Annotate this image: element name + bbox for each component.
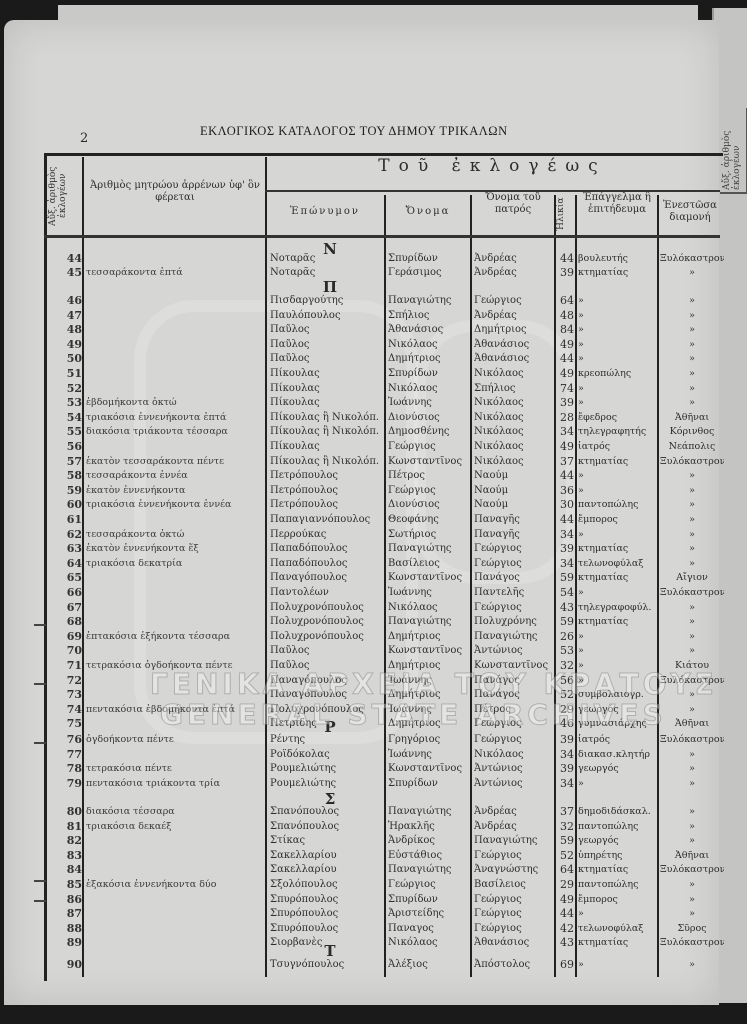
cell-sur: Παναγόπουλος (270, 571, 385, 585)
table-row: 63ἑκατὸν ἐννενήκοντα ἕξΠαπαδόπουλοςΠαναγ… (0, 542, 720, 556)
adjacent-page-header: Αὔξ. ἀριθμὸς ἐκλογέων (720, 108, 747, 194)
cell-name: Γεώργιος (388, 484, 470, 498)
cell-age: 42 (556, 922, 574, 936)
header-residence: Ἐνεστῶσα διαμονή (660, 200, 720, 224)
cell-father: Γεώργιος (474, 922, 556, 936)
header-bottom-rule (44, 235, 720, 238)
table-row: 82ΣτίκαςἈνδρίκοςΠαναγιώτης59γεωργός» (0, 834, 720, 848)
cell-job: δημοδιδάσκαλ. (578, 805, 658, 819)
cell-res: » (660, 323, 724, 337)
table-row: 80διακόσια τέσσαραΣπανόπουλοςΠαναγιώτηςἈ… (0, 805, 720, 819)
cell-job: » (578, 907, 658, 921)
cell-res: » (660, 777, 724, 791)
cell-age: 37 (556, 805, 574, 819)
cell-res: » (660, 294, 724, 308)
cell-name: Πέτρος (388, 469, 470, 483)
cell-num: 82 (58, 834, 82, 848)
cell-res: » (660, 907, 724, 921)
cell-father: Νικόλαος (474, 440, 556, 454)
cell-num: 54 (58, 411, 82, 425)
cell-sur: Πετρόπουλος (270, 498, 385, 512)
cell-job: » (578, 323, 658, 337)
cell-res: Ξυλόκαστρον (660, 586, 724, 600)
cell-father: Νικόλαος (474, 748, 556, 762)
cell-res: » (660, 958, 724, 972)
cell-sur: Παπαδόπουλος (270, 557, 385, 571)
cell-name: Κωνσταντῖνος (388, 571, 470, 585)
cell-father: Γεώργιος (474, 601, 556, 615)
cell-sur: Πίκουλας (270, 396, 385, 410)
cell-num: 46 (58, 294, 82, 308)
cell-reg: τριακόσια δεκαέξ (86, 820, 264, 834)
cell-sur: Παῦλος (270, 659, 385, 673)
cell-sur: Πίκουλας (270, 367, 385, 381)
cell-res: Ξυλόκαστρον (660, 455, 724, 469)
cell-father: Γεώργιος (474, 893, 556, 907)
table-row: 71τετρακόσια ὀγδοήκοντα πέντεΠαῦλοςΔημήτ… (0, 659, 720, 673)
cell-job: » (578, 644, 658, 658)
cell-age: 64 (556, 863, 574, 877)
cell-reg: ἑκατὸν ἐννενήκοντα (86, 484, 264, 498)
table-row: 88ΣπυρόπουλοςΠαναγοςΓεώργιος42τελωνοφύλα… (0, 922, 720, 936)
cell-res: » (660, 513, 724, 527)
cell-name: Ἰωάννης (388, 748, 470, 762)
cell-name: Δημήτριος (388, 659, 470, 673)
cell-father: Νικόλαος (474, 367, 556, 381)
cell-num: 71 (58, 659, 82, 673)
cell-name: Παναγος (388, 922, 470, 936)
cell-sur: Πίκουλας (270, 440, 385, 454)
cell-res: Ἀθῆναι (660, 849, 724, 863)
cell-age: 43 (556, 601, 574, 615)
cell-job: παντοπώλης (578, 498, 658, 512)
cell-job: » (578, 630, 658, 644)
cell-num: 76 (58, 733, 82, 747)
cell-num: 64 (58, 557, 82, 571)
cell-num: 77 (58, 748, 82, 762)
cell-job: τηλεγραφητής (578, 425, 658, 439)
cell-job: » (578, 309, 658, 323)
cell-sur: Στίκας (270, 834, 385, 848)
cell-name: Θεοφάνης (388, 513, 470, 527)
cell-num: 75 (58, 717, 82, 731)
cell-job: παντοπώλης (578, 820, 658, 834)
table-row: 58τεσσαράκοντα ἐννέαΠετρόπουλοςΠέτροςΝαο… (0, 469, 720, 483)
cell-job: ἔφεδρος (578, 411, 658, 425)
cell-job: τελωνοφύλαξ (578, 922, 658, 936)
cell-father: Γεώργιος (474, 733, 556, 747)
cell-sur: Παῦλος (270, 338, 385, 352)
cell-job: γεωργός (578, 703, 658, 717)
cell-name: Δημήτριος (388, 630, 470, 644)
cell-job: » (578, 294, 658, 308)
cell-age: 36 (556, 484, 574, 498)
cell-sur: Ροϊδόκολας (270, 748, 385, 762)
cell-father: Ἀναγνώστης (474, 863, 556, 877)
table-row: 87ΣπυρόπουλοςἈριστείδηςΓεώργιος44»» (0, 907, 720, 921)
cell-num: 58 (58, 469, 82, 483)
cell-job: ἔμπορος (578, 893, 658, 907)
cell-sur: Σακελλαρίου (270, 849, 385, 863)
cell-name: Νικόλαος (388, 601, 470, 615)
cell-father: Ἀπόστολος (474, 958, 556, 972)
cell-name: Ἀριστείδης (388, 907, 470, 921)
cell-reg: τετρακόσια ὀγδοήκοντα πέντε (86, 659, 264, 673)
table-row: 65ΠαναγόπουλοςΚωνσταντῖνοςΠανάγος59κτημα… (0, 571, 720, 585)
cell-age: 30 (556, 498, 574, 512)
cell-num: 62 (58, 528, 82, 542)
cell-sur: Πολυχρονόπουλος (270, 630, 385, 644)
cell-res: » (660, 601, 724, 615)
cell-father: Παναγιώτης (474, 630, 556, 644)
cell-reg: τεσσαράκοντα ὀκτώ (86, 528, 264, 542)
cell-father: Ἀνδρέας (474, 309, 556, 323)
cell-age: 59 (556, 571, 574, 585)
cell-sur: Σπυρόπουλος (270, 922, 385, 936)
table-row: 73ΠαναγόπουλοςΔημήτριοςΠανάγος52συμβολαι… (0, 688, 720, 702)
cell-age: 32 (556, 820, 574, 834)
cell-age: 39 (556, 542, 574, 556)
table-row: 83ΣακελλαρίουΕὐστάθιοςΓεώργιος52ὑπηρέτης… (0, 849, 720, 863)
cell-job: ὑπηρέτης (578, 849, 658, 863)
cell-job: γεωργός (578, 762, 658, 776)
cell-name: Κωνσταντῖνος (388, 455, 470, 469)
cell-reg: τριακόσια δεκατρία (86, 557, 264, 571)
margin-mark (34, 900, 46, 902)
cell-father: Δημήτριος (474, 323, 556, 337)
table-row: 51ΠίκουλαςΣπυρίδωνΝικόλαος49κρεοπώλης» (0, 367, 720, 381)
table-row: 57ἑκατὸν τεσσαράκοντα πέντεΠίκουλας ἢ Νι… (0, 455, 720, 469)
table-row: 86ΣπυρόπουλοςΣπυρίδωνΓεώργιος49ἔμπορος» (0, 893, 720, 907)
cell-age: 34 (556, 777, 574, 791)
header-age: Ἡλικία (556, 196, 574, 232)
cell-name: Παναγιώτης (388, 615, 470, 629)
cell-name: Ἡρακλῆς (388, 820, 470, 834)
cell-job: κτηματίας (578, 571, 658, 585)
cell-num: 65 (58, 571, 82, 585)
cell-num: 74 (58, 703, 82, 717)
cell-num: 90 (58, 958, 82, 972)
cell-age: 56 (556, 674, 574, 688)
table-row: 79πεντακόσια τριάκοντα τρίαΡουμελιώτηςΣπ… (0, 777, 720, 791)
cell-name: Δημήτριος (388, 717, 470, 731)
cell-age: 34 (556, 748, 574, 762)
cell-father: Ναούμ (474, 469, 556, 483)
cell-job: συμβολαιογρ. (578, 688, 658, 702)
cell-res: Ξυλόκαστρον (660, 863, 724, 877)
cell-job: ἔμπορος (578, 513, 658, 527)
cell-job: » (578, 674, 658, 688)
cell-job: » (578, 528, 658, 542)
cell-sur: Τσυγνόπουλος (270, 958, 385, 972)
table-row: 76ὀγδοήκοντα πέντεΡέντηςΓρηγόριοςΓεώργιο… (0, 733, 720, 747)
cell-age: 29 (556, 703, 574, 717)
cell-father: Γεώργιος (474, 542, 556, 556)
cell-name: Ἰωάννης (388, 703, 470, 717)
cell-age: 46 (556, 717, 574, 731)
margin-mark (34, 683, 46, 685)
cell-name: Ἀνδρίκος (388, 834, 470, 848)
cell-job: » (578, 777, 658, 791)
header-serial-number: Αὔξ. ἀριθμὸς ἐκλογέων (48, 160, 78, 232)
cell-job: » (578, 586, 658, 600)
cell-job: κτηματίας (578, 542, 658, 556)
cell-name: Διονύσιος (388, 498, 470, 512)
cell-num: 52 (58, 382, 82, 396)
cell-num: 47 (58, 309, 82, 323)
cell-age: 53 (556, 644, 574, 658)
cell-name: Παναγιώτης (388, 294, 470, 308)
cell-sur: Παῦλος (270, 323, 385, 337)
cell-father: Πολυχρόνης (474, 615, 556, 629)
cell-father: Νικόλαος (474, 396, 556, 410)
cell-job: κτηματίας (578, 455, 658, 469)
cell-father: Παντελῆς (474, 586, 556, 600)
cell-res: Ἀθῆναι (660, 717, 724, 731)
cell-father: Γεώργιος (474, 717, 556, 731)
cell-age: 29 (556, 878, 574, 892)
table-row: 55διακόσια τριάκοντα τέσσαραΠίκουλας ἢ Ν… (0, 425, 720, 439)
cell-sur: Πετρόπουλος (270, 484, 385, 498)
cell-sur: Πολυχρονόπουλος (270, 703, 385, 717)
cell-age: 48 (556, 309, 574, 323)
cell-age: 49 (556, 338, 574, 352)
cell-father: Πέτρος (474, 703, 556, 717)
cell-sur: Πίκουλας ἢ Νικολόπ. (270, 455, 385, 469)
cell-num: 61 (58, 513, 82, 527)
cell-job: κτηματίας (578, 615, 658, 629)
cell-name: Σπυρίδων (388, 367, 470, 381)
cell-father: Ναούμ (474, 498, 556, 512)
cell-age: 49 (556, 367, 574, 381)
cell-father: Παναγῆς (474, 528, 556, 542)
cell-reg: διακόσια τριάκοντα τέσσαρα (86, 425, 264, 439)
cell-father: Ἀθανάσιος (474, 338, 556, 352)
cell-name: Δημοσθένης (388, 425, 470, 439)
cell-sur: Πολυχρονόπουλος (270, 615, 385, 629)
cell-age: 59 (556, 834, 574, 848)
table-row: 54τριακόσια ἐννενήκοντα ἑπτάΠίκουλας ἢ Ν… (0, 411, 720, 425)
cell-name: Νικόλαος (388, 936, 470, 950)
cell-sur: Πετρόπουλος (270, 469, 385, 483)
cell-res: » (660, 615, 724, 629)
margin-mark (34, 880, 46, 882)
cell-father: Ἀνδρέας (474, 805, 556, 819)
cell-sur: Σπανόπουλος (270, 805, 385, 819)
table-row: 50ΠαῦλοςΔημήτριοςἈθανάσιος44»» (0, 352, 720, 366)
cell-num: 89 (58, 936, 82, 950)
cell-age: 34 (556, 425, 574, 439)
cell-res: Νεάπολις (660, 440, 724, 454)
cell-res: » (660, 557, 724, 571)
cell-num: 67 (58, 601, 82, 615)
cell-res: » (660, 542, 724, 556)
cell-num: 57 (58, 455, 82, 469)
cell-name: Σπυρίδων (388, 777, 470, 791)
table-row: 75ΠετρίδηςΔημήτριοςΓεώργιος46γυμνασιάρχη… (0, 717, 720, 731)
cell-sur: Σπυρόπουλος (270, 907, 385, 921)
header-registry-number: Ἀριθμὸς μητρώου ἀρρένων ὑφ' ὃν φέρεται (90, 180, 260, 204)
cell-res: Ἀθῆναι (660, 411, 724, 425)
cell-reg: διακόσια τέσσαρα (86, 805, 264, 819)
cell-num: 86 (58, 893, 82, 907)
cell-res: » (660, 309, 724, 323)
table-row: 77ΡοϊδόκολαςἸωάννηςΝικόλαος34διακασ.κλητ… (0, 748, 720, 762)
cell-job: τελωνοφύλαξ (578, 557, 658, 571)
cell-res: » (660, 805, 724, 819)
cell-name: Σπήλιος (388, 309, 470, 323)
cell-age: 39 (556, 396, 574, 410)
cell-reg: πεντακόσια ἑβδομήκοντα ἑπτά (86, 703, 264, 717)
cell-age: 49 (556, 440, 574, 454)
table-row: 64τριακόσια δεκατρίαΠαπαδόπουλοςΒασίλειο… (0, 557, 720, 571)
cell-sur: Παῦλος (270, 644, 385, 658)
cell-num: 81 (58, 820, 82, 834)
cell-name: Παναγιώτης (388, 805, 470, 819)
cell-name: Παναγιώτης (388, 542, 470, 556)
table-row: 46ΠισδαργούτηςΠαναγιώτηςΓεώργιος64»» (0, 294, 720, 308)
table-row: 52ΠίκουλαςΝικόλαοςΣπήλιος74»» (0, 382, 720, 396)
cell-num: 53 (58, 396, 82, 410)
cell-name: Δημήτριος (388, 352, 470, 366)
cell-sur: Πολυχρονόπουλος (270, 601, 385, 615)
cell-age: 64 (556, 294, 574, 308)
cell-res: » (660, 367, 724, 381)
table-row: 90ΤσυγνόπουλοςἈλέξιοςἈπόστολος69»» (0, 958, 720, 972)
cell-sur: Ρουμελιώτης (270, 777, 385, 791)
header-name: Ὄνομα (387, 206, 469, 218)
cell-num: 73 (58, 688, 82, 702)
cell-reg: πεντακόσια τριάκοντα τρία (86, 777, 264, 791)
cell-res: » (660, 396, 724, 410)
cell-sur: Παναγόπουλος (270, 674, 385, 688)
cell-name: Ἀλέξιος (388, 958, 470, 972)
cell-name: Ἀθανάσιος (388, 323, 470, 337)
cell-name: Γεώργιος (388, 878, 470, 892)
cell-job: » (578, 382, 658, 396)
table-row: 60τριακόσια ἐννενήκοντα ἐννέαΠετρόπουλος… (0, 498, 720, 512)
cell-res: » (660, 748, 724, 762)
cell-res: Ξυλόκαστρον (660, 674, 724, 688)
cell-name: Βασίλειος (388, 557, 470, 571)
cell-father: Κωνσταντῖνος (474, 659, 556, 673)
table-row: 48ΠαῦλοςἈθανάσιοςΔημήτριος84»» (0, 323, 720, 337)
cell-name: Εὐστάθιος (388, 849, 470, 863)
cell-sur: Πισδαργούτης (270, 294, 385, 308)
cell-name: Κωνσταντῖνος (388, 644, 470, 658)
cell-res: » (660, 484, 724, 498)
cell-sur: Παπαγιαννόπουλος (270, 513, 385, 527)
cell-job: » (578, 338, 658, 352)
table-row: 89ΣιορβανὲςΝικόλαοςἈθανάσιος43κτηματίαςΞ… (0, 936, 720, 950)
cell-age: 74 (556, 382, 574, 396)
table-row: 66ΠαντολέωνἸωάννηςΠαντελῆς54»Ξυλόκαστρον (0, 586, 720, 600)
cell-reg: ὀγδοήκοντα πέντε (86, 733, 264, 747)
cell-age: 44 (556, 513, 574, 527)
cell-age: 69 (556, 958, 574, 972)
cell-job: » (578, 352, 658, 366)
cell-father: Ναούμ (474, 484, 556, 498)
cell-reg: τεσσαράκοντα ἐννέα (86, 469, 264, 483)
cell-job: γυμνασιάρχης (578, 717, 658, 731)
cell-res: Κιάτου (660, 659, 724, 673)
cell-num: 68 (58, 615, 82, 629)
table-row: 81τριακόσια δεκαέξΣπανόπουλοςἩρακλῆςἈνδρ… (0, 820, 720, 834)
cell-name: Γρηγόριος (388, 733, 470, 747)
cell-age: 43 (556, 936, 574, 950)
cell-father: Βασίλειος (474, 878, 556, 892)
cell-num: 79 (58, 777, 82, 791)
header-occupation: Ἐπάγγελμα ἢ ἐπιτήδευμα (578, 192, 656, 216)
cell-res: » (660, 382, 724, 396)
cell-res: » (660, 820, 724, 834)
cell-reg: ἑκατὸν ἐννενήκοντα ἕξ (86, 542, 264, 556)
cell-name: Διονύσιος (388, 411, 470, 425)
margin-mark (34, 624, 46, 626)
cell-father: Πανάγος (474, 674, 556, 688)
cell-res: Ξυλόκαστρον (660, 936, 724, 950)
header-voter-group: Τοῦ ἐκλογέως (270, 160, 715, 172)
cell-name: Ἰωάννης (388, 674, 470, 688)
cell-job: ἰατρός (578, 733, 658, 747)
cell-father: Γεώργιος (474, 849, 556, 863)
cell-reg: ἑπτακόσια ἑξήκοντα τέσσαρα (86, 630, 264, 644)
cell-father: Γεώργιος (474, 294, 556, 308)
cell-age: 52 (556, 849, 574, 863)
cell-num: 59 (58, 484, 82, 498)
cell-res: » (660, 703, 724, 717)
cell-age: 34 (556, 528, 574, 542)
cell-sur: Παντολέων (270, 586, 385, 600)
cell-num: 51 (58, 367, 82, 381)
cell-sur: Σπανόπουλος (270, 820, 385, 834)
cell-age: 52 (556, 688, 574, 702)
cell-res: Κόρινθος (660, 425, 724, 439)
cell-father: Πανάγος (474, 688, 556, 702)
cell-name: Σπυρίδων (388, 893, 470, 907)
table-row: 53ἑβδομήκοντα ὀκτώΠίκουλαςἸωάννηςΝικόλαο… (0, 396, 720, 410)
table-row: 69ἑπτακόσια ἑξήκοντα τέσσαραΠολυχρονόπου… (0, 630, 720, 644)
cell-father: Παναγιώτης (474, 834, 556, 848)
cell-num: 66 (58, 586, 82, 600)
cell-sur: Παναγόπουλος (270, 688, 385, 702)
cell-job: τηλεγραφοφύλ. (578, 601, 658, 615)
cell-num: 49 (58, 338, 82, 352)
cell-age: 26 (556, 630, 574, 644)
cell-sur: Παῦλος (270, 352, 385, 366)
cell-num: 88 (58, 922, 82, 936)
cell-age: 44 (556, 907, 574, 921)
cell-res: » (660, 498, 724, 512)
cell-sur: Περρούκας (270, 528, 385, 542)
cell-name: Νικόλαος (388, 338, 470, 352)
cell-res: » (660, 893, 724, 907)
cell-num: 84 (58, 863, 82, 877)
cell-job: » (578, 484, 658, 498)
cell-age: 37 (556, 455, 574, 469)
cell-num: 78 (58, 762, 82, 776)
cell-sur: Ρουμελιώτης (270, 762, 385, 776)
cell-res: » (660, 644, 724, 658)
cell-father: Γεώργιος (474, 907, 556, 921)
cell-age: 28 (556, 411, 574, 425)
cell-res: Αἴγιον (660, 571, 724, 585)
cell-name: Νικόλαος (388, 382, 470, 396)
cell-res: Σῦρος (660, 922, 724, 936)
cell-res: » (660, 469, 724, 483)
cell-father: Ἀθανάσιος (474, 936, 556, 950)
cell-age: 49 (556, 893, 574, 907)
